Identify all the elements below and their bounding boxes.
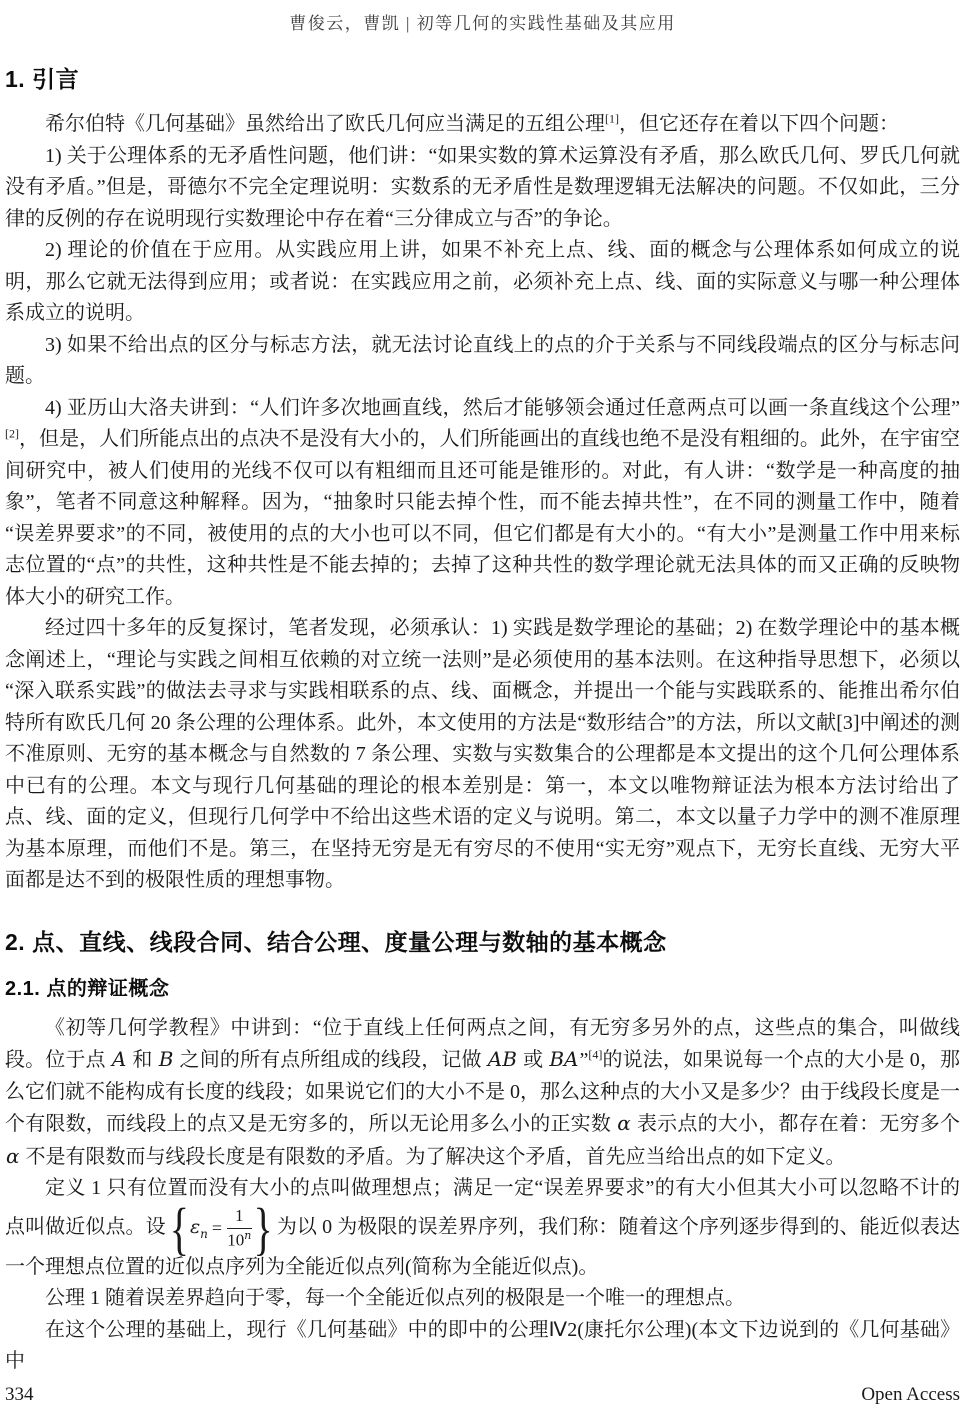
left-brace: { [169, 1194, 190, 1262]
page-footer: 334 Open Access [5, 1384, 960, 1406]
text-run: 公理 1 随着误差界趋向于零，每一个全能近似点列的极限是一个唯一的理想点。 [45, 1287, 745, 1309]
page-number: 334 [5, 1384, 34, 1406]
text-run: 希尔伯特《几何基础》虽然给出了欧氏几何应当满足的五组公理 [45, 113, 605, 135]
paragraph: 2) 理论的价值在于应用。从实践应用上讲，如果不补充上点、线、面的概念与公理体系… [5, 235, 960, 330]
text-run: ，但是，人们所能点出的点决不是没有大小的，人们所能画出的直线也绝不是没有粗细的。… [5, 428, 960, 608]
text-run: 2) 理论的价值在于应用。从实践应用上讲，如果不补充上点、线、面的概念与公理体系… [5, 239, 960, 324]
right-brace: } [253, 1194, 274, 1262]
math-variable: AB [487, 1047, 518, 1071]
citation-ref: [1] [605, 111, 619, 125]
fraction-numerator: 1 [227, 1205, 252, 1228]
math-variable: α [5, 1144, 21, 1168]
subsection-heading: 2.1. 点的辩证概念 [5, 972, 960, 1001]
error-bound-sequence-formula: {εn=110n} [169, 1205, 274, 1252]
paragraph: 3) 如果不给出点的区分与标志方法，就无法讨论直线上的点的介于关系与不同线段端点… [5, 330, 960, 393]
citation-ref: [4] [588, 1047, 602, 1061]
text-run: 不是有限数而与线段长度是有限数的矛盾。为了解决这个矛盾，首先应当给出点的如下定义… [21, 1146, 846, 1168]
text-run: 或 [518, 1049, 548, 1071]
paragraph: 《初等几何学教程》中讲到：“位于直线上任何两点之间，有无穷多另外的点，这些点的集… [5, 1013, 960, 1174]
text-run: ，但它还存在着以下四个问题： [619, 113, 899, 135]
paragraph: 4) 亚历山大洛夫讲到：“人们许多次地画直线，然后才能够领会通过任意两点可以画一… [5, 393, 960, 614]
text-run: 表示点的大小，都存在着：无穷多个 [632, 1113, 960, 1135]
paper-page: 曹俊云，曹凯 | 初等几何的实践性基础及其应用 1. 引言希尔伯特《几何基础》虽… [0, 0, 965, 1414]
paragraph: 希尔伯特《几何基础》虽然给出了欧氏几何应当满足的五组公理[1]，但它还存在着以下… [5, 109, 960, 141]
math-variable: α [616, 1111, 632, 1135]
fraction-denominator: 10n [227, 1229, 251, 1251]
math-variable: BA [548, 1047, 579, 1071]
text-run: 和 [127, 1049, 157, 1071]
section-heading: 2. 点、直线、线段合同、结合公理、度量公理与数轴的基本概念 [5, 924, 960, 957]
open-access-label: Open Access [861, 1384, 960, 1406]
content-area: 1. 引言希尔伯特《几何基础》虽然给出了欧氏几何应当满足的五组公理[1]，但它还… [5, 61, 960, 1378]
text-run: 之间的所有点所组成的线段，记做 [174, 1049, 486, 1071]
epsilon-subscript: n [200, 1226, 208, 1240]
math-variable: B [158, 1047, 175, 1071]
paragraph: 在这个公理的基础上，现行《几何基础》中的即中的公理Ⅳ2(康托尔公理)(本文下边说… [5, 1315, 960, 1378]
text-run: 1) 关于公理体系的无矛盾性问题，他们讲：“如果实数的算术运算没有矛盾，那么欧氏… [5, 145, 960, 230]
epsilon-variable: εn [190, 1216, 208, 1241]
text-run: 3) 如果不给出点的区分与标志方法，就无法讨论直线上的点的介于关系与不同线段端点… [5, 334, 960, 388]
text-run: 经过四十多年的反复探讨，笔者发现，必须承认：1) 实践是数学理论的基础；2) 在… [5, 617, 960, 891]
text-run: 4) 亚历山大洛夫讲到：“人们许多次地画直线，然后才能够领会通过任意两点可以画一… [45, 397, 960, 419]
fraction: 110n [227, 1205, 252, 1250]
equals-sign: = [208, 1218, 226, 1239]
paragraph: 经过四十多年的反复探讨，笔者发现，必须承认：1) 实践是数学理论的基础；2) 在… [5, 613, 960, 897]
section-heading: 1. 引言 [5, 61, 960, 94]
paragraph: 1) 关于公理体系的无矛盾性问题，他们讲：“如果实数的算术运算没有矛盾，那么欧氏… [5, 141, 960, 236]
paragraph: 定义 1 只有位置而没有大小的点叫做理想点；满足一定“误差界要求”的有大小但其大… [5, 1173, 960, 1283]
paragraph: 公理 1 随着误差界趋向于零，每一个全能近似点列的极限是一个唯一的理想点。 [5, 1283, 960, 1315]
citation-ref: [2] [5, 426, 19, 440]
text-run: 在这个公理的基础上，现行《几何基础》中的即中的公理Ⅳ2(康托尔公理)(本文下边说… [5, 1319, 960, 1373]
running-header: 曹俊云，曹凯 | 初等几何的实践性基础及其应用 [0, 0, 965, 34]
math-variable: A [111, 1047, 127, 1071]
denominator-exponent: n [244, 1229, 251, 1242]
